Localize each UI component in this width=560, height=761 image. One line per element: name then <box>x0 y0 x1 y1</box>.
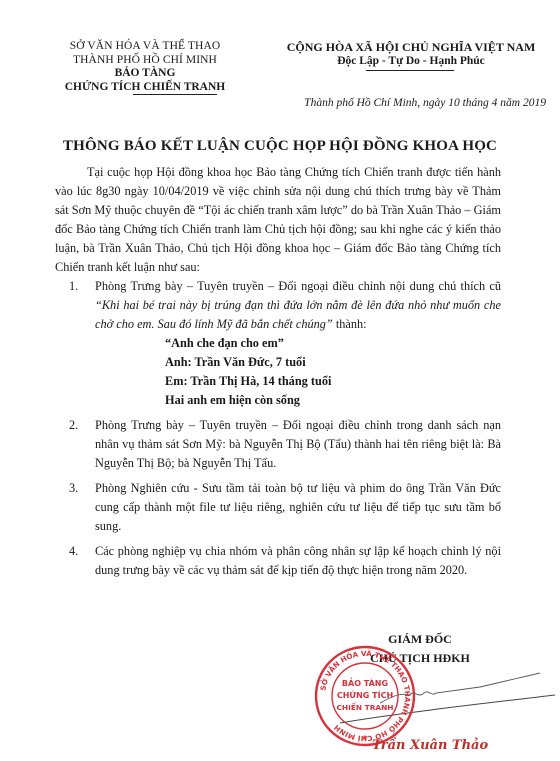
new-caption-line: Em: Trần Thị Hà, 14 tháng tuổi <box>165 372 501 391</box>
document-title: THÔNG BÁO KẾT LUẬN CUỘC HỌP HỘI ĐỒNG KHO… <box>0 138 560 155</box>
issuing-agency-header: SỞ VĂN HÓA VÀ THỂ THAO THÀNH PHỐ HỒ CHÍ … <box>40 40 250 94</box>
item-number: 1. <box>69 277 78 296</box>
country-name: CỘNG HÒA XÃ HỘI CHỦ NGHĨA VIỆT NAM <box>262 40 560 54</box>
item-number: 3. <box>69 479 78 498</box>
item-text: Phòng Trưng bày – Tuyên truyền – Đối ngo… <box>95 418 501 470</box>
svg-text:CHỨNG TÍCH: CHỨNG TÍCH <box>337 689 393 700</box>
item-text: Các phòng nghiệp vụ chia nhóm và phân cô… <box>95 544 501 577</box>
old-caption-quote: “Khi hai bé trai này bị trúng đạn thì đứ… <box>95 298 501 331</box>
item-text: Phòng Nghiên cứu - Sưu tầm tải toàn bộ t… <box>95 481 501 533</box>
motto-underline <box>366 70 454 71</box>
list-item: 2. Phòng Trưng bày – Tuyên truyền – Đối … <box>69 416 501 473</box>
new-caption-title: “Anh che đạn cho em” <box>165 334 501 353</box>
svg-text:CHIẾN TRANH: CHIẾN TRANH <box>337 702 394 712</box>
new-caption-line: Anh: Trần Văn Đức, 7 tuổi <box>165 353 501 372</box>
item-number: 4. <box>69 542 78 561</box>
agency-museum-line1: BẢO TÀNG <box>40 67 250 81</box>
conclusion-list: 1. Phòng Trưng bày – Tuyên truyền – Đối … <box>55 277 501 580</box>
item-text-after: thành: <box>333 317 367 331</box>
intro-paragraph: Tại cuộc họp Hội đồng khoa học Bảo tàng … <box>55 163 501 277</box>
svg-text:★: ★ <box>361 733 368 742</box>
national-motto: Độc Lập - Tự Do - Hạnh Phúc <box>262 54 560 68</box>
svg-text:BẢO TÀNG: BẢO TÀNG <box>342 677 388 688</box>
document-body: Tại cuộc họp Hội đồng khoa học Bảo tàng … <box>55 163 501 580</box>
national-header: CỘNG HÒA XÃ HỘI CHỦ NGHĨA VIỆT NAM Độc L… <box>262 40 560 68</box>
signer-name: Trần Xuân Thảo <box>372 738 488 753</box>
agency-city: THÀNH PHỐ HỒ CHÍ MINH <box>40 54 250 68</box>
new-caption-block: “Anh che đạn cho em” Anh: Trần Văn Đức, … <box>69 334 501 410</box>
agency-department: SỞ VĂN HÓA VÀ THỂ THAO <box>40 40 250 54</box>
list-item: 3. Phòng Nghiên cứu - Sưu tầm tải toàn b… <box>69 479 501 536</box>
new-caption-line: Hai anh em hiện còn sống <box>165 391 501 410</box>
place-date: Thành phố Hồ Chí Minh, ngày 10 tháng 4 n… <box>266 97 546 109</box>
item-number: 2. <box>69 416 78 435</box>
agency-museum-line2: CHỨNG TÍCH CHIẾN TRANH <box>40 81 250 95</box>
list-item: 1. Phòng Trưng bày – Tuyên truyền – Đối … <box>69 277 501 410</box>
header-underline <box>133 94 217 95</box>
item-text: Phòng Trưng bày – Tuyên truyền – Đối ngo… <box>95 279 501 293</box>
official-seal-icon: SỞ VĂN HÓA VÀ THỂ THAO THÀNH PHỐ HỒ CHÍ … <box>313 644 417 748</box>
list-item: 4. Các phòng nghiệp vụ chia nhóm và phân… <box>69 542 501 580</box>
